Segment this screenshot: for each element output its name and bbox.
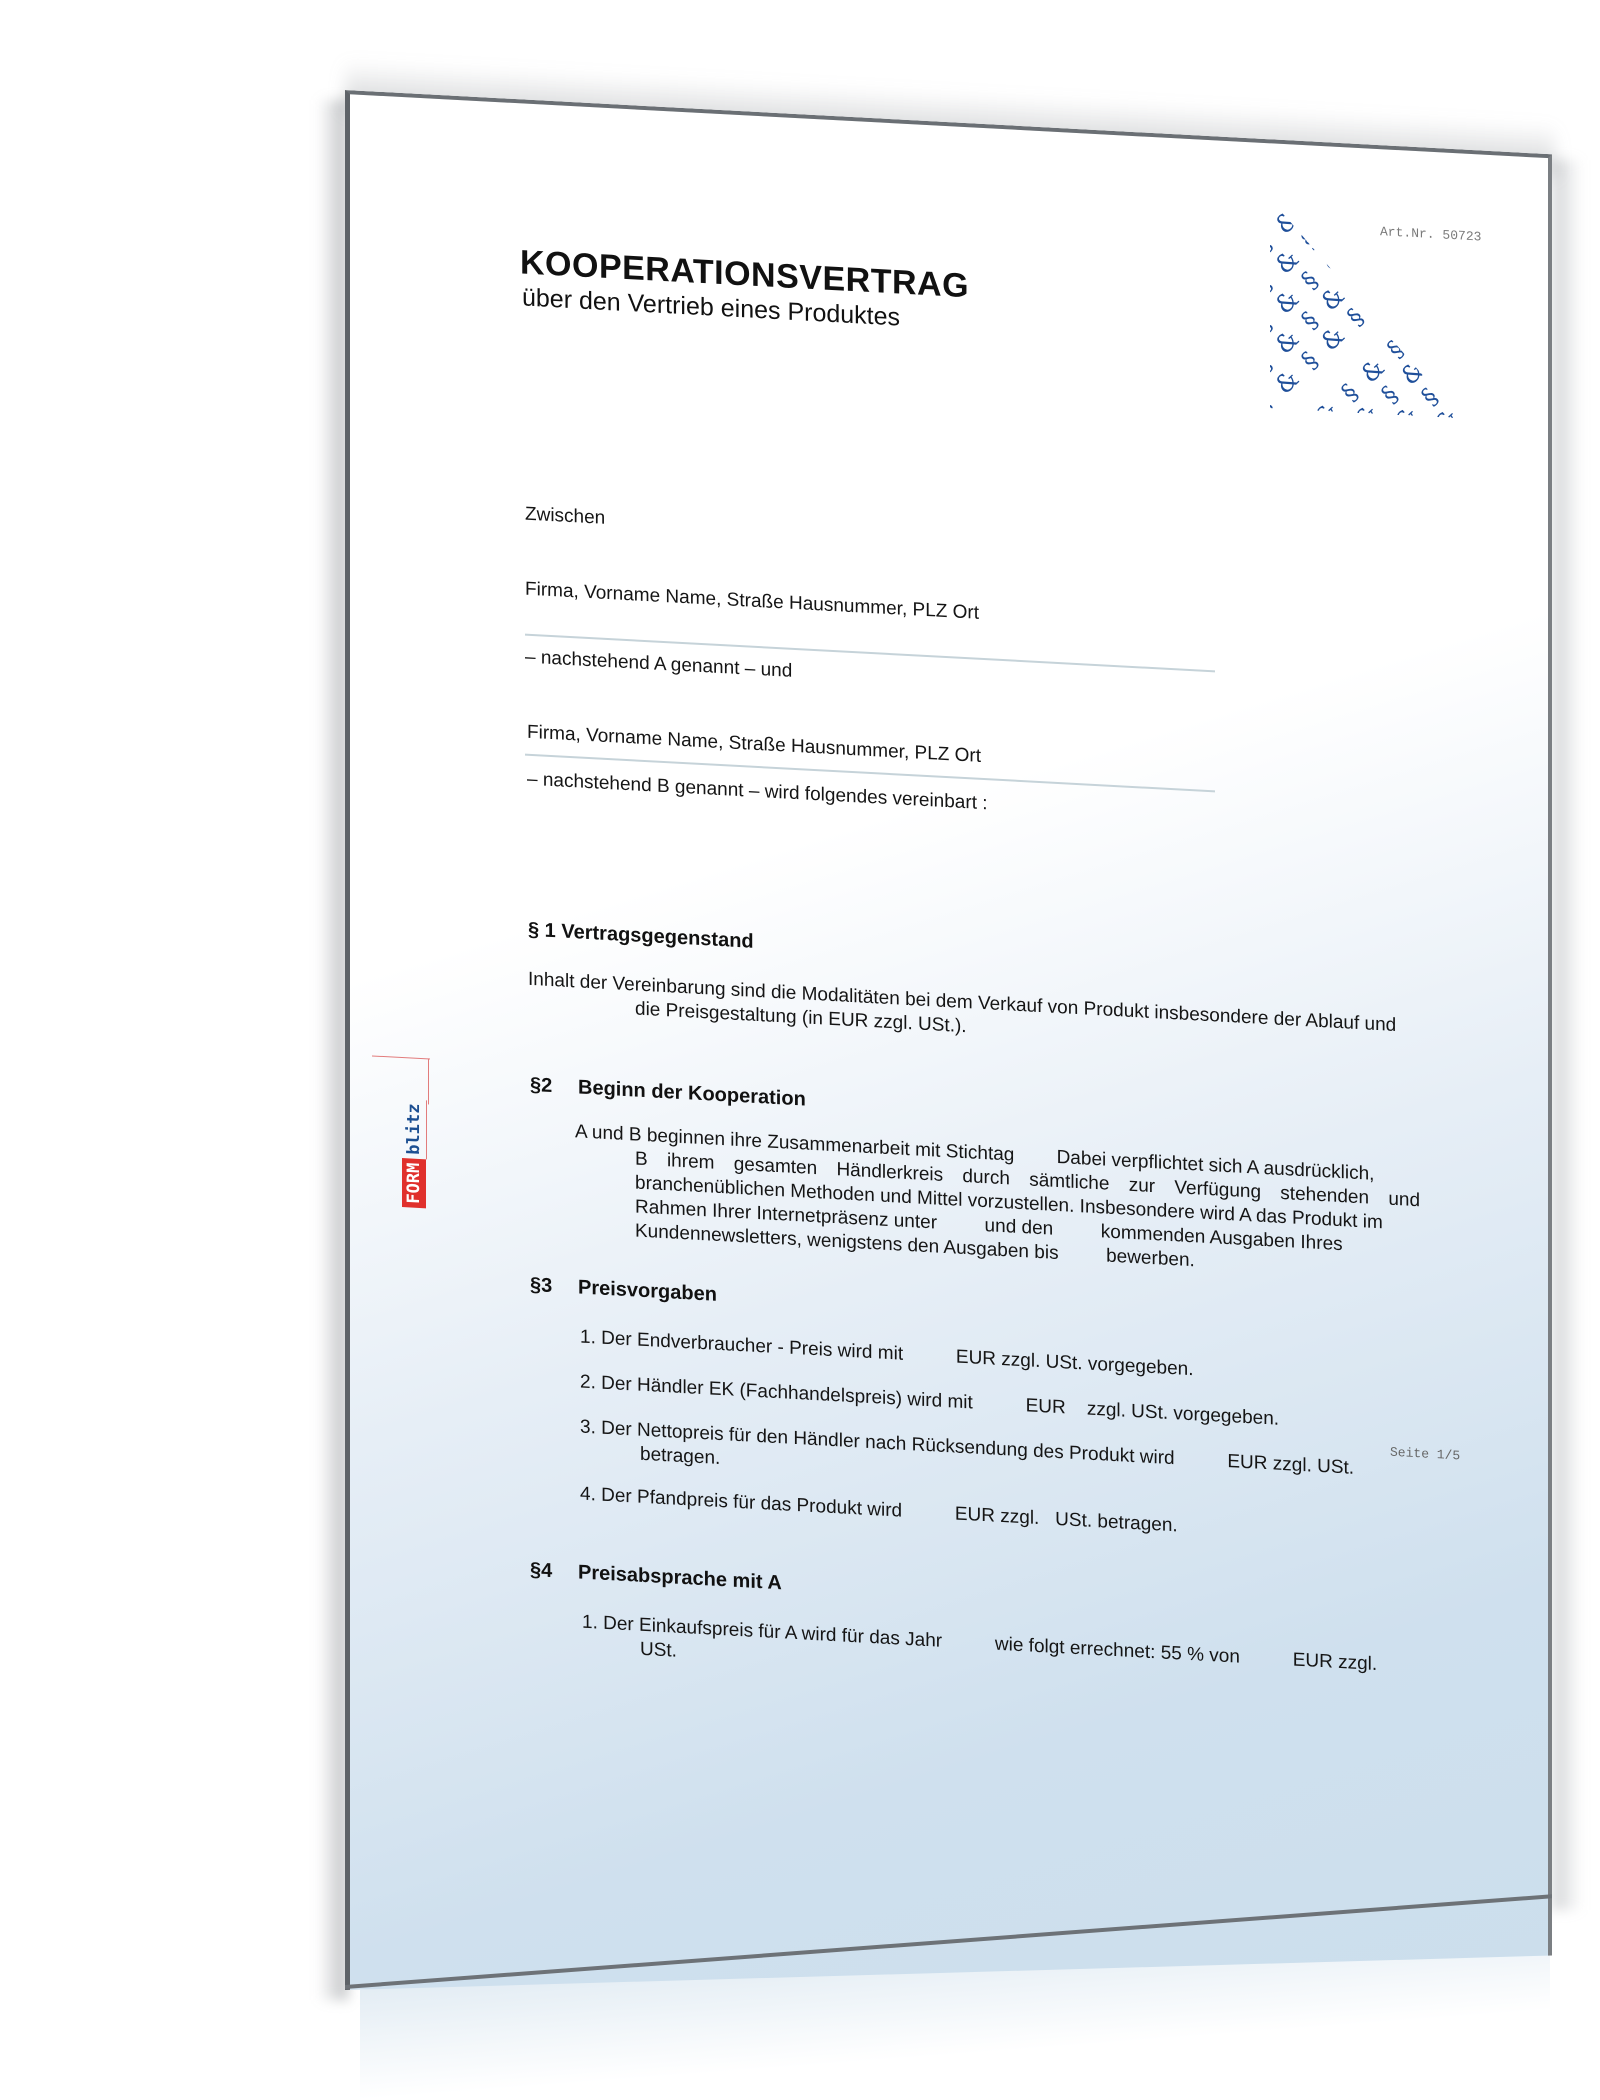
section-3-number: §3 <box>530 1274 578 1300</box>
price-item: 4. Der Pfandpreis für das Produkt wird E… <box>580 1484 1178 1538</box>
section-3-heading: §3Preisvorgaben <box>530 1274 717 1307</box>
formblitz-logo: FORMblitz <box>402 1057 428 1208</box>
section-4-number: §4 <box>530 1559 578 1585</box>
section-4-heading: §4Preisabsprache mit A <box>530 1559 782 1595</box>
party-a-suffix: – nachstehend A genannt – und <box>525 647 792 683</box>
logo-form: FORM <box>402 1158 426 1208</box>
page-shadow-right <box>1552 160 1582 1910</box>
section-2-title: Beginn der Kooperation <box>578 1076 806 1110</box>
party-b-field[interactable]: Firma, Vorname Name, Straße Hausnummer, … <box>527 722 981 768</box>
page-shadow-left <box>318 100 348 2000</box>
logo-wordmark: FORMblitz <box>402 1099 426 1208</box>
section-3-title: Preisvorgaben <box>578 1276 717 1305</box>
between-label: Zwischen <box>525 504 605 530</box>
party-a-field[interactable]: Firma, Vorname Name, Straße Hausnummer, … <box>525 579 979 625</box>
price-item: 1. Der Endverbraucher - Preis wird mit E… <box>580 1327 1194 1382</box>
document-page: KOOPERATIONSVERTRAG über den Vertrieb ei… <box>345 90 1552 2054</box>
logo-blitz: blitz <box>402 1099 427 1160</box>
section-2-number: §2 <box>530 1074 578 1100</box>
logo-rule-horizontal <box>372 1055 430 1059</box>
purchase-item: 1. Der Einkaufspreis für A wird für das … <box>582 1612 1377 1676</box>
purchase-item-continuation: USt. <box>640 1639 677 1663</box>
price-item-continuation: betragen. <box>640 1444 720 1470</box>
section-1-heading: § 1 Vertragsgegenstand <box>528 919 754 954</box>
section-2-heading: §2Beginn der Kooperation <box>530 1074 806 1112</box>
section-4-title: Preisabsprache mit A <box>578 1561 782 1594</box>
logo-rule-vertical <box>428 1058 429 1104</box>
page-indicator: Seite 1/5 <box>1390 1445 1460 1464</box>
article-number: Art.Nr. 50723 <box>1380 224 1481 244</box>
